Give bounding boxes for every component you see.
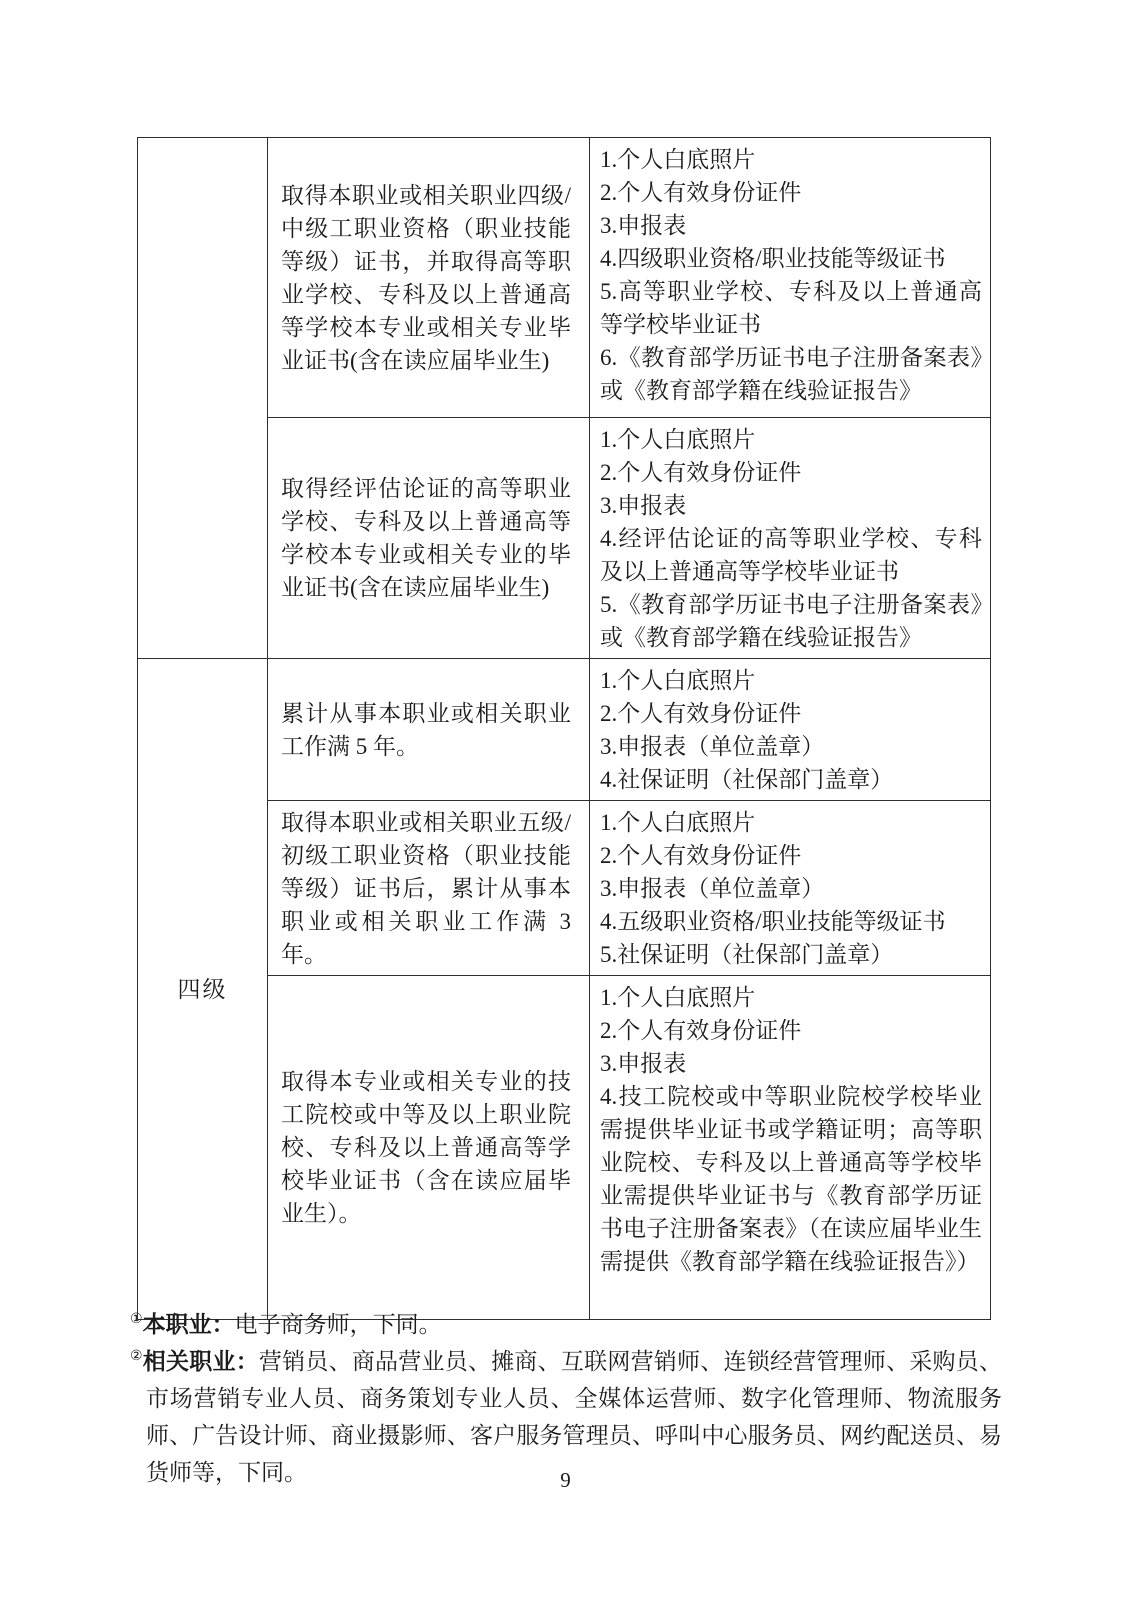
requirements-table: 取得本职业或相关职业四级/中级工职业资格（职业技能等级）证书，并取得高等职业学校… [137, 137, 991, 1320]
document-item: 1.个人白底照片 [600, 664, 982, 697]
footnotes: ①本职业：电子商务师，下同。 ②相关职业：营销员、商品营业员、摊商、互联网营销师… [130, 1306, 1002, 1491]
document-item: 3.申报表 [600, 1047, 982, 1080]
level-cell-upper [138, 138, 268, 659]
table-row: 取得本职业或相关职业四级/中级工职业资格（职业技能等级）证书，并取得高等职业学校… [138, 138, 991, 418]
document-item: 6.《教育部学历证书电子注册备案表》或《教育部学籍在线验证报告》 [600, 341, 982, 407]
footnote-text: 营销员、商品营业员、摊商、互联网营销师、连锁经营管理师、采购员、市场营销专业人员… [146, 1349, 1002, 1485]
condition-cell: 取得本职业或相关职业五级/初级工职业资格（职业技能等级）证书后，累计从事本职业或… [268, 801, 590, 976]
document-item: 1.个人白底照片 [600, 143, 982, 176]
document-item: 5.《教育部学历证书电子注册备案表》或《教育部学籍在线验证报告》 [600, 588, 982, 654]
document-item: 1.个人白底照片 [600, 981, 982, 1014]
document-item: 2.个人有效身份证件 [600, 1014, 982, 1047]
documents-list: 1.个人白底照片2.个人有效身份证件3.申报表4.经评估论证的高等职业学校、专科… [600, 423, 982, 654]
documents-cell: 1.个人白底照片2.个人有效身份证件3.申报表（单位盖章）4.社保证明（社保部门… [590, 659, 991, 801]
footnote-label: 本职业： [143, 1312, 235, 1337]
document-item: 4.四级职业资格/职业技能等级证书 [600, 242, 982, 275]
document-page: 取得本职业或相关职业四级/中级工职业资格（职业技能等级）证书，并取得高等职业学校… [0, 0, 1131, 1600]
footnote-this-occupation: ①本职业：电子商务师，下同。 [130, 1306, 1002, 1343]
level-cell-level4: 四级 [138, 659, 268, 1320]
documents-list: 1.个人白底照片2.个人有效身份证件3.申报表（单位盖章）4.五级职业资格/职业… [600, 806, 982, 971]
documents-cell: 1.个人白底照片2.个人有效身份证件3.申报表（单位盖章）4.五级职业资格/职业… [590, 801, 991, 976]
documents-cell: 1.个人白底照片2.个人有效身份证件3.申报表4.技工院校或中等职业院校学校毕业… [590, 976, 991, 1320]
documents-list: 1.个人白底照片2.个人有效身份证件3.申报表（单位盖章）4.社保证明（社保部门… [600, 664, 982, 796]
condition-cell: 累计从事本职业或相关职业工作满 5 年。 [268, 659, 590, 801]
documents-cell: 1.个人白底照片2.个人有效身份证件3.申报表4.经评估论证的高等职业学校、专科… [590, 418, 991, 659]
document-item: 4.经评估论证的高等职业学校、专科及以上普通高等学校毕业证书 [600, 522, 982, 588]
document-item: 3.申报表 [600, 489, 982, 522]
document-item: 4.技工院校或中等职业院校学校毕业需提供毕业证书或学籍证明；高等职业院校、专科及… [600, 1080, 982, 1278]
document-item: 1.个人白底照片 [600, 806, 982, 839]
document-item: 3.申报表（单位盖章） [600, 872, 982, 905]
footnote-text: 电子商务师，下同。 [235, 1312, 442, 1337]
document-item: 3.申报表（单位盖章） [600, 730, 982, 763]
document-item: 2.个人有效身份证件 [600, 456, 982, 489]
condition-cell: 取得本专业或相关专业的技工院校或中等及以上职业院校、专科及以上普通高等学校毕业证… [268, 976, 590, 1320]
document-item: 3.申报表 [600, 209, 982, 242]
documents-list: 1.个人白底照片2.个人有效身份证件3.申报表4.技工院校或中等职业院校学校毕业… [600, 981, 982, 1278]
document-item: 4.五级职业资格/职业技能等级证书 [600, 905, 982, 938]
document-item: 1.个人白底照片 [600, 423, 982, 456]
footnote-marker: ② [130, 1349, 143, 1364]
condition-cell: 取得经评估论证的高等职业学校、专科及以上普通高等学校本专业或相关专业的毕业证书(… [268, 418, 590, 659]
table-row: 四级 累计从事本职业或相关职业工作满 5 年。 1.个人白底照片2.个人有效身份… [138, 659, 991, 801]
document-item: 4.社保证明（社保部门盖章） [600, 763, 982, 796]
footnote-marker: ① [130, 1312, 143, 1327]
document-item: 2.个人有效身份证件 [600, 839, 982, 872]
documents-cell: 1.个人白底照片2.个人有效身份证件3.申报表4.四级职业资格/职业技能等级证书… [590, 138, 991, 418]
condition-cell: 取得本职业或相关职业四级/中级工职业资格（职业技能等级）证书，并取得高等职业学校… [268, 138, 590, 418]
document-item: 5.社保证明（社保部门盖章） [600, 938, 982, 971]
document-item: 2.个人有效身份证件 [600, 176, 982, 209]
document-item: 5.高等职业学校、专科及以上普通高等学校毕业证书 [600, 275, 982, 341]
document-item: 2.个人有效身份证件 [600, 697, 982, 730]
footnote-label: 相关职业： [143, 1349, 259, 1374]
documents-list: 1.个人白底照片2.个人有效身份证件3.申报表4.四级职业资格/职业技能等级证书… [600, 143, 982, 407]
page-number: 9 [0, 1468, 1131, 1493]
